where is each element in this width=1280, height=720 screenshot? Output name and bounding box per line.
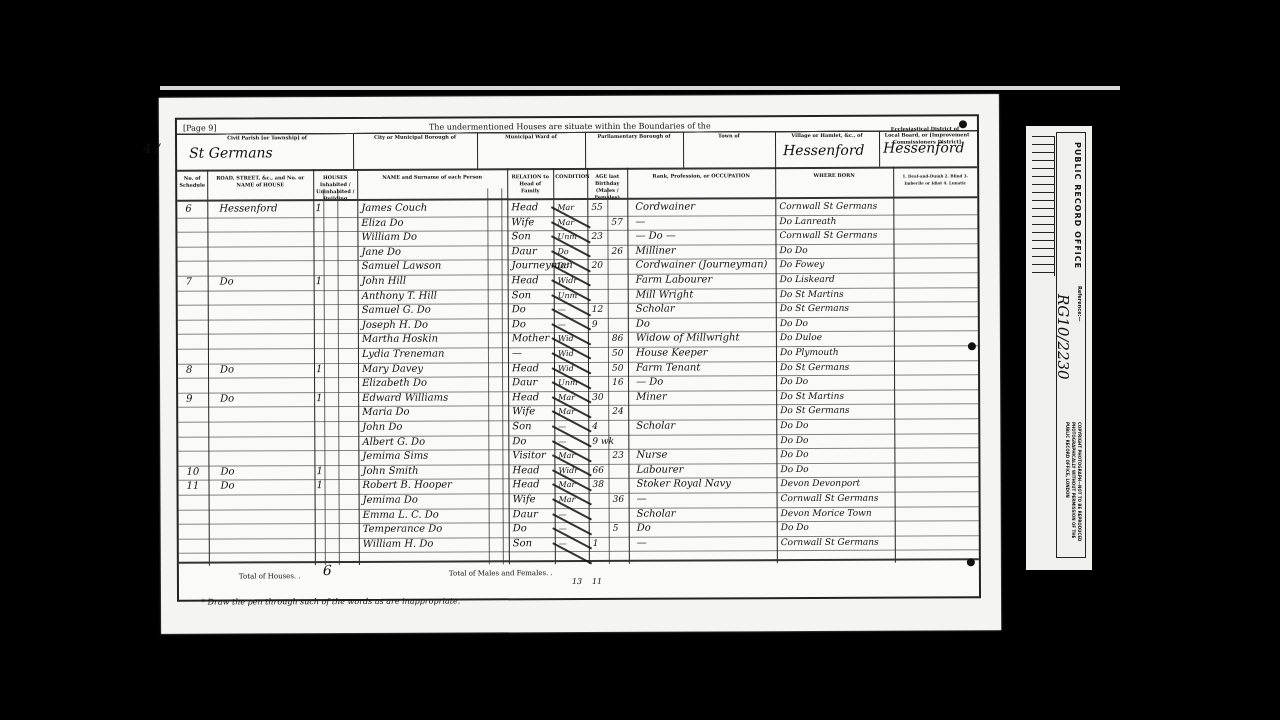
relation: Head — [512, 275, 539, 287]
occupation: Mill Wright — [636, 289, 694, 301]
relation: — — [512, 348, 522, 360]
header-field-label: Civil Parish [or Township] of — [181, 135, 353, 143]
relation: Son — [513, 538, 532, 550]
relation: Head — [513, 480, 540, 492]
header-field-label: Ecclesiastical District of — [877, 126, 973, 133]
column-header: NAME and Surname of each Person — [359, 174, 505, 182]
archive-title: PUBLIC RECORD OFFICE — [1073, 142, 1082, 269]
column-header: WHERE BORN — [777, 173, 891, 180]
table-row: William H. DoSon—1—Cornwall St Germans — [179, 536, 979, 554]
houses-inhabited: 1 — [316, 364, 322, 376]
column-header: No. of Schedule — [179, 176, 205, 190]
header-field-value: St Germans — [189, 147, 273, 159]
birthplace: Do St Germans — [780, 361, 849, 373]
reference-label: Reference:— — [1076, 286, 1082, 322]
schedule-number: 9 — [186, 393, 192, 405]
age-male: 1 — [593, 538, 599, 550]
occupation: Widow of Millwright — [636, 333, 740, 345]
address: Do — [220, 393, 234, 405]
birthplace: Do Do — [780, 464, 808, 476]
column-header: ROAD, STREET, &c., and No. or NAME of HO… — [209, 175, 311, 189]
relation: Wife — [512, 407, 535, 419]
relation: Do — [512, 304, 526, 316]
age-female: 23 — [612, 450, 624, 462]
footnote: * Draw the pen through such of the words… — [201, 597, 460, 607]
relation: Head — [511, 202, 538, 214]
birthplace: Do Do — [780, 376, 808, 388]
age-female: 50 — [612, 362, 624, 374]
side-mark: 4 / — [143, 144, 160, 156]
birthplace: Do St Martins — [780, 288, 844, 300]
birthplace: Do St Germans — [780, 405, 849, 417]
relation: Son — [512, 421, 531, 433]
occupation: Milliner — [635, 245, 675, 257]
relation: Daur — [512, 377, 537, 389]
person-name: Jane Do — [361, 247, 401, 259]
person-name: Emma L. C. Do — [363, 509, 439, 521]
relation: Son — [511, 231, 530, 243]
person-name: Samuel G. Do — [362, 305, 431, 317]
age-male: 9 wk — [592, 435, 614, 447]
person-name: Jemima Sims — [362, 451, 428, 463]
schedule-number: 6 — [185, 204, 191, 216]
person-name: John Smith — [362, 466, 418, 478]
age-female: 86 — [612, 333, 624, 345]
birthplace: Do Plymouth — [780, 347, 839, 359]
birthplace: Do Lanreath — [779, 215, 836, 227]
schedule-number: 11 — [187, 481, 200, 493]
age-female: 26 — [611, 246, 623, 258]
birthplace: Do Do — [780, 420, 808, 432]
total-houses-label: Total of Houses. . — [239, 572, 301, 580]
total-persons-label: Total of Males and Females. . — [449, 569, 553, 577]
person-name: Maria Do — [362, 407, 409, 419]
birthplace: Do Do — [779, 245, 807, 257]
age-male: 20 — [592, 260, 604, 272]
houses-inhabited: 1 — [317, 481, 323, 493]
houses-inhabited: 1 — [316, 466, 322, 478]
relation: Wife — [511, 217, 534, 229]
age-male: 55 — [591, 202, 603, 214]
header-field-value: Hessenford — [783, 145, 864, 157]
schedule-number: 10 — [186, 466, 199, 478]
person-name: Edward Williams — [362, 392, 448, 404]
census-page: 4 / [Page 9] The undermentioned Houses a… — [159, 94, 1001, 634]
occupation: Nurse — [636, 450, 667, 462]
header-field-value: Hessenford — [883, 142, 964, 154]
birthplace: Do Fowey — [780, 259, 825, 271]
person-name: Samuel Lawson — [362, 261, 442, 273]
header-field-label: City or Municipal Borough of — [353, 134, 477, 142]
person-name: Joseph H. Do — [362, 319, 428, 331]
houses-inhabited: 1 — [316, 393, 322, 405]
total-females: 11 — [592, 576, 602, 588]
occupation: Scholar — [636, 421, 675, 433]
occupation: Miner — [636, 391, 667, 403]
age-male: 38 — [593, 479, 605, 491]
relation: Daur — [513, 509, 538, 521]
address: Do — [220, 277, 234, 289]
occupation: — Do — — [635, 231, 675, 243]
occupation: — Do — [636, 377, 663, 389]
person-name: Jemima Do — [363, 495, 418, 507]
total-houses-value: 6 — [323, 565, 332, 577]
census-rows: 6Hessenford1James CouchHeadMar55Cordwain… — [177, 116, 977, 119]
census-grid — [177, 116, 977, 119]
total-males: 13 — [572, 576, 582, 588]
birthplace: Cornwall St Germans — [779, 201, 877, 213]
punch-hole — [967, 558, 975, 566]
birthplace: Do Do — [780, 449, 808, 461]
age-male: 23 — [591, 231, 603, 243]
punch-hole — [968, 342, 976, 350]
person-name: Mary Davey — [362, 363, 423, 375]
person-name: Albert G. Do — [362, 436, 425, 448]
birthplace: Do Do — [780, 318, 808, 330]
column-header: Rank, Profession, or OCCUPATION — [629, 173, 773, 181]
person-name: John Hill — [362, 276, 406, 288]
relation: Daur — [511, 246, 536, 258]
age-female: 36 — [613, 494, 625, 506]
person-name: John Do — [362, 422, 402, 434]
boundary-heading: The undermentioned Houses are situate wi… — [429, 121, 711, 131]
relation: Wife — [513, 494, 536, 506]
occupation: Cordwainer — [635, 201, 695, 213]
age-female: 16 — [612, 377, 624, 389]
occupation: House Keeper — [636, 347, 708, 359]
archive-reference-strip: PUBLIC RECORD OFFICE Reference:— RG10/22… — [1026, 126, 1092, 570]
birthplace: Do Do — [781, 522, 809, 534]
occupation: Farm Tenant — [636, 362, 700, 374]
occupation: Farm Labourer — [636, 274, 713, 286]
header-field-label: Municipal Ward of — [477, 134, 585, 141]
relation: Do — [512, 436, 526, 448]
header-field-label: Parliamentary Borough of — [585, 134, 683, 141]
age-male: 66 — [592, 465, 604, 477]
person-name: Eliza Do — [361, 217, 403, 229]
birthplace: Do Liskeard — [780, 274, 835, 286]
relation: Do — [512, 319, 526, 331]
occupation: — — [637, 494, 647, 506]
totals-row: Total of Houses. . 6 Total of Males and … — [177, 116, 977, 119]
viewer-top-bar — [160, 86, 1120, 90]
punch-hole — [959, 120, 967, 128]
relation: Mother — [512, 334, 549, 346]
relation: Head — [512, 392, 539, 404]
age-male: 9 — [592, 319, 598, 331]
person-name: Martha Hoskin — [362, 334, 438, 346]
column-header: CONDITION — [555, 174, 585, 181]
age-female: 50 — [612, 348, 624, 360]
column-header: RELATION to Head of Family — [509, 174, 551, 195]
address: Do — [220, 466, 234, 478]
occupation: — — [635, 216, 645, 228]
header-field-label: Village or Hamlet, &c., of — [775, 133, 879, 140]
age-male: 30 — [592, 392, 604, 404]
occupation: Do — [637, 523, 651, 535]
address: Do — [221, 481, 235, 493]
relation: Head — [512, 363, 539, 375]
age-female: 57 — [611, 216, 623, 228]
birthplace: Do St Martins — [780, 391, 844, 403]
relation: Head — [512, 465, 539, 477]
address: Hessenford — [219, 203, 277, 215]
person-name: William H. Do — [363, 538, 434, 550]
header-field-label: Town of — [683, 133, 775, 140]
schedule-number: 8 — [186, 364, 192, 376]
birthplace: Devon Morice Town — [781, 507, 872, 519]
occupation: Scholar — [636, 304, 675, 316]
birthplace: Do Duloe — [780, 332, 822, 344]
occupation: — — [637, 538, 647, 550]
age-female: 24 — [612, 406, 624, 418]
measurement-ruler — [1032, 136, 1055, 276]
birthplace: Devon Devonport — [781, 478, 861, 490]
occupation: Do — [636, 318, 650, 330]
person-name: Robert B. Hooper — [363, 480, 452, 492]
age-male: 12 — [592, 304, 604, 316]
person-name: Anthony T. Hill — [362, 290, 437, 302]
birthplace: Cornwall St Germans — [781, 536, 879, 548]
houses-inhabited: 1 — [315, 203, 321, 215]
column-headers: No. of ScheduleROAD, STREET, &c., and No… — [177, 116, 977, 119]
header-fields: Civil Parish [or Township] ofSt GermansC… — [177, 116, 977, 119]
occupation: Stoker Royal Navy — [637, 479, 731, 491]
column-header: 1. Deaf-and-Dumb 2. Blind 3. Imbecile or… — [895, 172, 975, 186]
birthplace: Do St Germans — [780, 303, 849, 315]
age-male: 4 — [592, 421, 598, 433]
person-name: William Do — [361, 232, 417, 244]
occupation: Labourer — [636, 464, 683, 476]
relation: Do — [513, 523, 527, 535]
birthplace: Do Do — [780, 435, 808, 447]
houses-inhabited: 1 — [316, 276, 322, 288]
page-label: [Page 9] — [183, 124, 217, 133]
relation: Visitor — [512, 450, 545, 462]
relation: Son — [512, 290, 531, 302]
age-female: 5 — [613, 523, 619, 535]
schedule-number: 7 — [186, 277, 192, 289]
copyright-notice: COPYRIGHT PHOTOGRAPH—NOT TO BE REPRODUCE… — [1064, 422, 1082, 552]
birthplace: Cornwall St Germans — [779, 230, 877, 242]
person-name: Elizabeth Do — [362, 378, 427, 390]
address: Do — [220, 364, 234, 376]
occupation: Scholar — [637, 508, 676, 520]
person-name: Temperance Do — [363, 524, 443, 536]
reference-number: RG10/2230 — [1054, 294, 1072, 380]
census-form: [Page 9] The undermentioned Houses are s… — [175, 114, 981, 602]
occupation: Cordwainer (Journeyman) — [636, 260, 768, 273]
person-name: James Couch — [361, 203, 427, 215]
person-name: Lydia Treneman — [362, 349, 445, 361]
birthplace: Cornwall St Germans — [781, 493, 879, 505]
